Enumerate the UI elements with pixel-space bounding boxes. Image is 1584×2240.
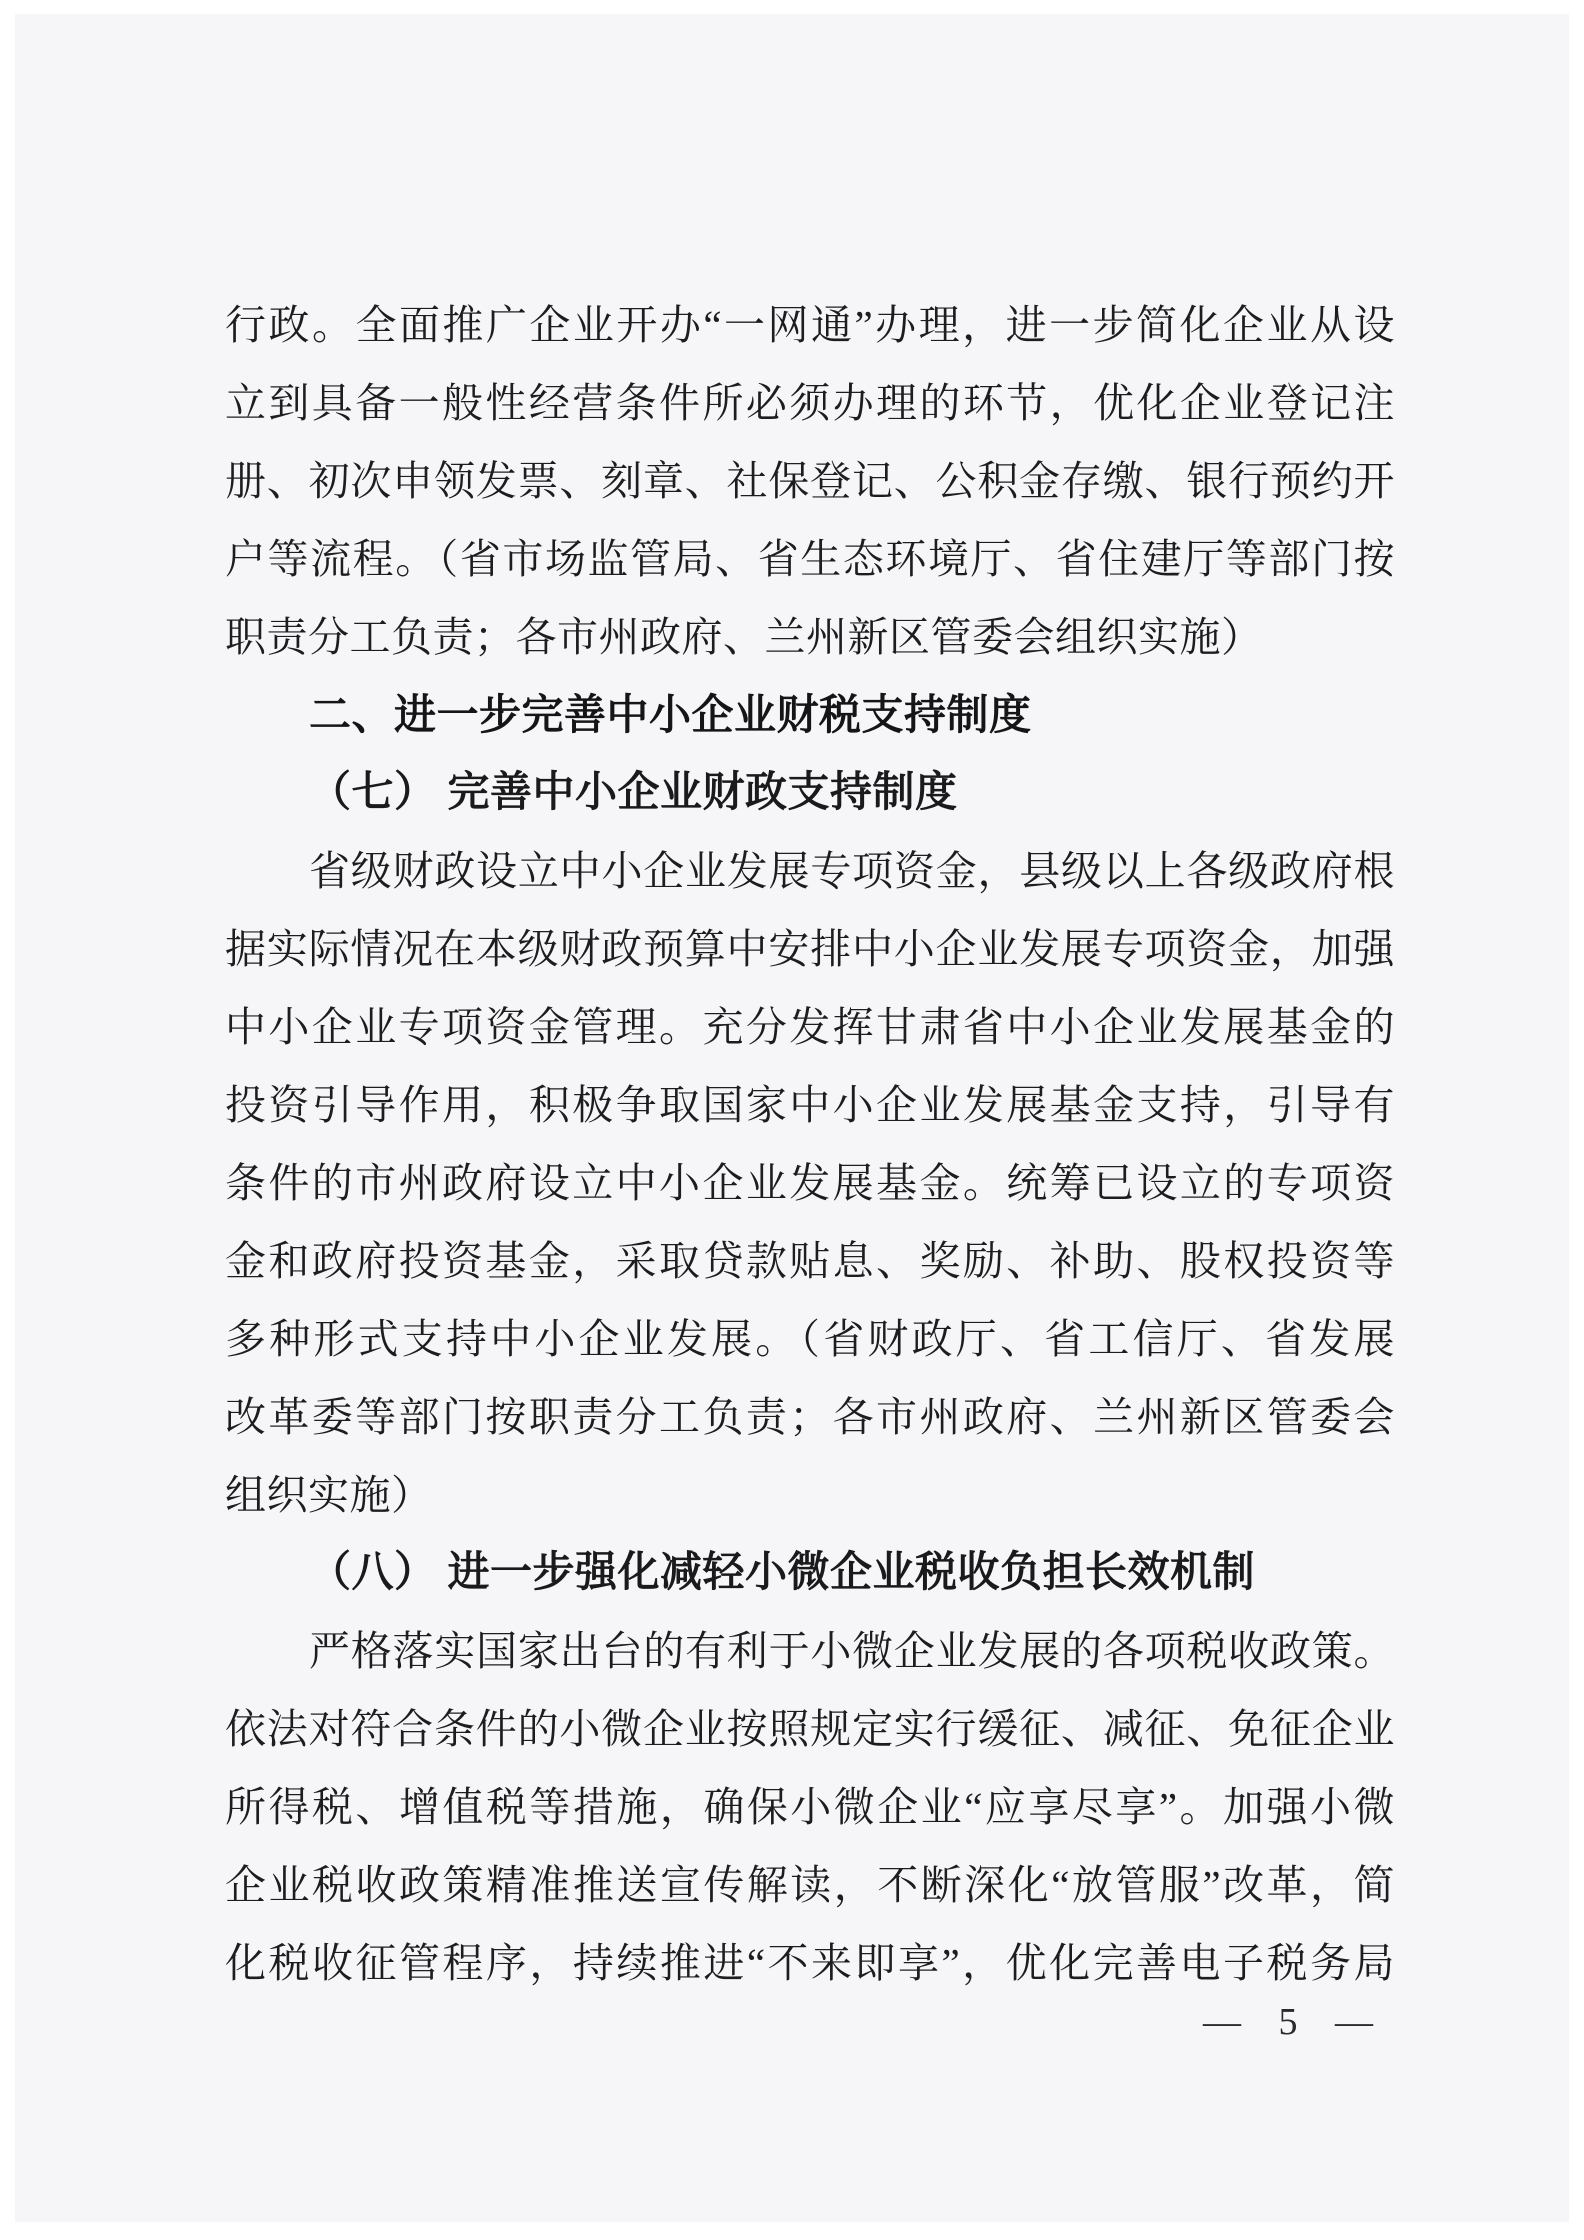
text-line: 化税收征管程序，持续推进“不来即享”，优化完善电子税务局 <box>225 1924 1395 2002</box>
document-page: 行政。全面推广企业开办“一网通”办理，进一步简化企业从设 立到具备一般性经营条件… <box>0 0 1584 2240</box>
text-line: 册、初次申领发票、刻章、社保登记、公积金存缴、银行预约开 <box>225 442 1395 520</box>
text-line: 条件的市州政府设立中小企业发展基金。统筹已设立的专项资 <box>225 1144 1395 1222</box>
scanned-paper-area: 行政。全面推广企业开办“一网通”办理，进一步简化企业从设 立到具备一般性经营条件… <box>15 14 1569 2222</box>
text-line: 投资引导作用，积极争取国家中小企业发展基金支持，引导有 <box>225 1066 1395 1144</box>
text-line: 改革委等部门按职责分工负责；各市州政府、兰州新区管委会 <box>225 1378 1395 1456</box>
text-line: 行政。全面推广企业开办“一网通”办理，进一步简化企业从设 <box>225 286 1395 364</box>
text-line: 金和政府投资基金，采取贷款贴息、奖励、补助、股权投资等 <box>225 1222 1395 1300</box>
page-number: — 5 — <box>1203 1992 1379 2052</box>
text-line: 省级财政设立中小企业发展专项资金，县级以上各级政府根 <box>225 832 1395 910</box>
section-heading: 二、进一步完善中小企业财税支持制度 <box>225 676 1395 754</box>
text-line: 立到具备一般性经营条件所必须办理的环节，优化企业登记注 <box>225 364 1395 442</box>
text-line: 职责分工负责；各市州政府、兰州新区管委会组织实施） <box>225 598 1395 676</box>
text-line: 中小企业专项资金管理。充分发挥甘肃省中小企业发展基金的 <box>225 988 1395 1066</box>
text-line: 组织实施） <box>225 1456 1395 1534</box>
text-line: 依法对符合条件的小微企业按照规定实行缓征、减征、免征企业 <box>225 1690 1395 1768</box>
text-line: 严格落实国家出台的有利于小微企业发展的各项税收政策。 <box>225 1612 1395 1690</box>
text-line: 据实际情况在本级财政预算中安排中小企业发展专项资金，加强 <box>225 910 1395 988</box>
sub-heading: （七） 完善中小企业财政支持制度 <box>225 754 1395 832</box>
document-text-block: 行政。全面推广企业开办“一网通”办理，进一步简化企业从设 立到具备一般性经营条件… <box>225 286 1395 2002</box>
text-line: 多种形式支持中小企业发展。（省财政厅、省工信厅、省发展 <box>225 1300 1395 1378</box>
text-line: 户等流程。（省市场监管局、省生态环境厅、省住建厅等部门按 <box>225 520 1395 598</box>
text-line: 所得税、增值税等措施，确保小微企业“应享尽享”。加强小微 <box>225 1768 1395 1846</box>
text-line: 企业税收政策精准推送宣传解读，不断深化“放管服”改革，简 <box>225 1846 1395 1924</box>
sub-heading: （八） 进一步强化减轻小微企业税收负担长效机制 <box>225 1534 1395 1612</box>
